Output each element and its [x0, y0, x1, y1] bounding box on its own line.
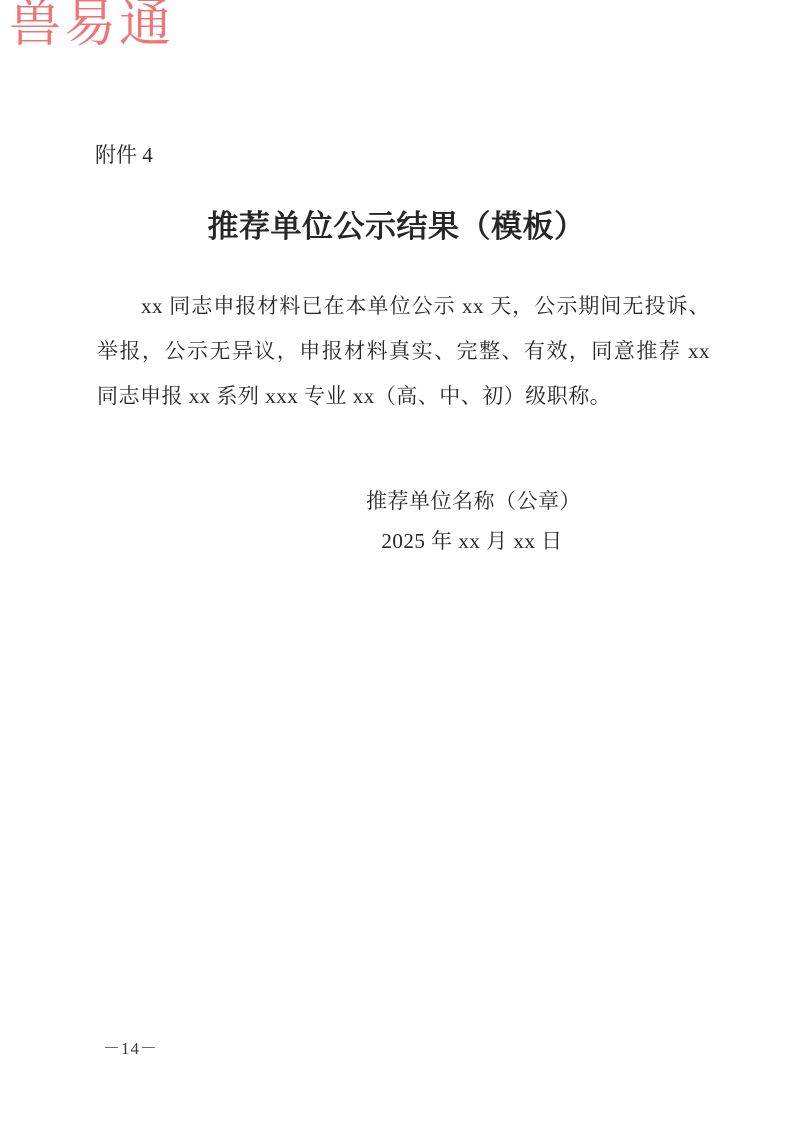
attachment-label: 附件 4 [95, 143, 153, 168]
body-line: 同志申报 xx 系列 xxx 专业 xx（高、中、初）级职称。 [97, 374, 710, 419]
signature-name: 推荐单位名称（公章） [366, 481, 578, 521]
body-paragraph: xx 同志申报材料已在本单位公示 xx 天，公示期间无投诉、 举报，公示无异议，… [97, 284, 710, 419]
body-line: xx 同志申报材料已在本单位公示 xx 天，公示期间无投诉、 [97, 284, 710, 329]
page-number: －14－ [103, 1034, 158, 1059]
signature-block: 推荐单位名称（公章） 2025 年 xx 月 xx 日 [366, 481, 578, 561]
body-line: 举报，公示无异议，申报材料真实、完整、有效，同意推荐 xx [97, 329, 710, 374]
document-title: 推荐单位公示结果（模板） [0, 208, 793, 247]
signature-date: 2025 年 xx 月 xx 日 [366, 521, 578, 561]
watermark-text: 兽易通 [9, 0, 174, 53]
document-page: 兽易通 附件 4 推荐单位公示结果（模板） xx 同志申报材料已在本单位公示 x… [0, 0, 793, 1121]
